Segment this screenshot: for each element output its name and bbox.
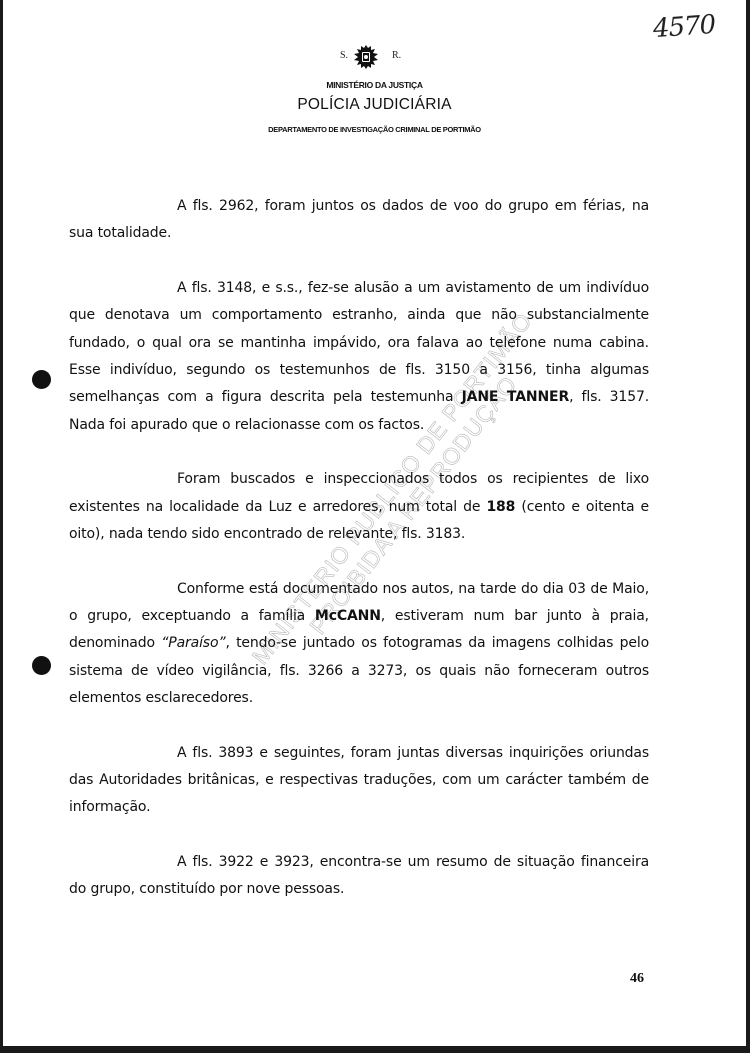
- paragraph-text: A fls. 3893 e seguintes, foram juntas di…: [69, 745, 649, 816]
- coat-of-arms-icon: [353, 44, 379, 70]
- paragraph-beach-bar: Conforme está documentado nos autos, na …: [69, 576, 649, 712]
- bar-name: “Paraíso”: [161, 635, 225, 651]
- paragraph-text: A fls. 3148, e s.s., fez-se alusão a um …: [69, 280, 649, 405]
- paragraph-sighting: A fls. 3148, e s.s., fez-se alusão a um …: [69, 275, 649, 439]
- ministry-name: MINISTÉRIO DA JUSTIÇA: [3, 80, 746, 90]
- paragraph-flight-data: A fls. 2962, foram juntos os dados de vo…: [69, 193, 649, 248]
- family-name: McCANN: [315, 608, 381, 624]
- department-name: DEPARTAMENTO DE INVESTIGAÇÃO CRIMINAL DE…: [3, 125, 746, 134]
- agency-name: POLÍCIA JUDICIÁRIA: [3, 96, 746, 114]
- paragraph-british-inquiries: A fls. 3893 e seguintes, foram juntas di…: [69, 740, 649, 822]
- paragraph-text: A fls. 2962, foram juntos os dados de vo…: [69, 198, 649, 241]
- handwritten-folio-number: 4570: [652, 10, 716, 44]
- crest-left-letter: S.: [340, 50, 348, 61]
- page-number: 46: [630, 971, 644, 987]
- paragraph-waste-bins: Foram buscados e inspeccionados todos os…: [69, 466, 649, 548]
- paragraph-text: A fls. 3922 e 3923, encontra-se um resum…: [69, 854, 649, 897]
- punch-hole-icon: [32, 370, 51, 389]
- document-body: A fls. 2962, foram juntos os dados de vo…: [69, 193, 649, 904]
- witness-name: JANE TANNER: [462, 389, 570, 405]
- letterhead: S. R. MINISTÉRIO DA JUSTIÇA POLÍCIA JUDI…: [3, 44, 746, 134]
- crest-right-letter: R.: [392, 50, 401, 61]
- punch-hole-icon: [32, 656, 51, 675]
- paragraph-financial-summary: A fls. 3922 e 3923, encontra-se um resum…: [69, 849, 649, 904]
- bin-count: 188: [486, 499, 515, 515]
- document-page: 4570 S. R. MINISTÉRIO DA JUSTIÇA POLÍCIA…: [3, 0, 746, 1046]
- crest-row: S. R.: [3, 44, 746, 70]
